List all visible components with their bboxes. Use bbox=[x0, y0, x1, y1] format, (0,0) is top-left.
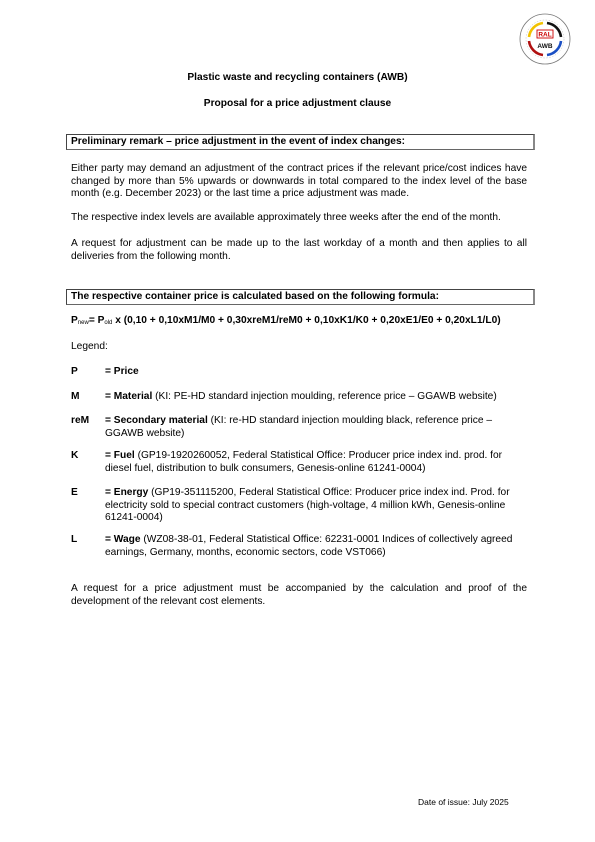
legend-label: Legend: bbox=[71, 341, 108, 352]
ral-awb-logo: RAL AWB bbox=[519, 13, 571, 65]
svg-text:AWB: AWB bbox=[537, 43, 552, 50]
paragraph-index-availability: The respective index levels are availabl… bbox=[71, 212, 527, 225]
document-title: Plastic waste and recycling containers (… bbox=[0, 72, 595, 83]
section-heading-formula: The respective container price is calcul… bbox=[66, 289, 535, 305]
paragraph-adjustment-conditions: Either party may demand an adjustment of… bbox=[71, 163, 527, 201]
paragraph-request-timing: A request for adjustment can be made up … bbox=[71, 238, 527, 263]
document-subtitle: Proposal for a price adjustment clause bbox=[0, 98, 595, 109]
svg-text:RAL: RAL bbox=[538, 32, 551, 39]
price-formula: Pnew= Pold x (0,10 + 0,10xM1/M0 + 0,30xr… bbox=[71, 315, 501, 326]
date-of-issue: Date of issue: July 2025 bbox=[418, 797, 509, 807]
section-heading-preliminary-remark: Preliminary remark – price adjustment in… bbox=[66, 134, 535, 150]
paragraph-proof-requirement: A request for a price adjustment must be… bbox=[71, 583, 527, 608]
